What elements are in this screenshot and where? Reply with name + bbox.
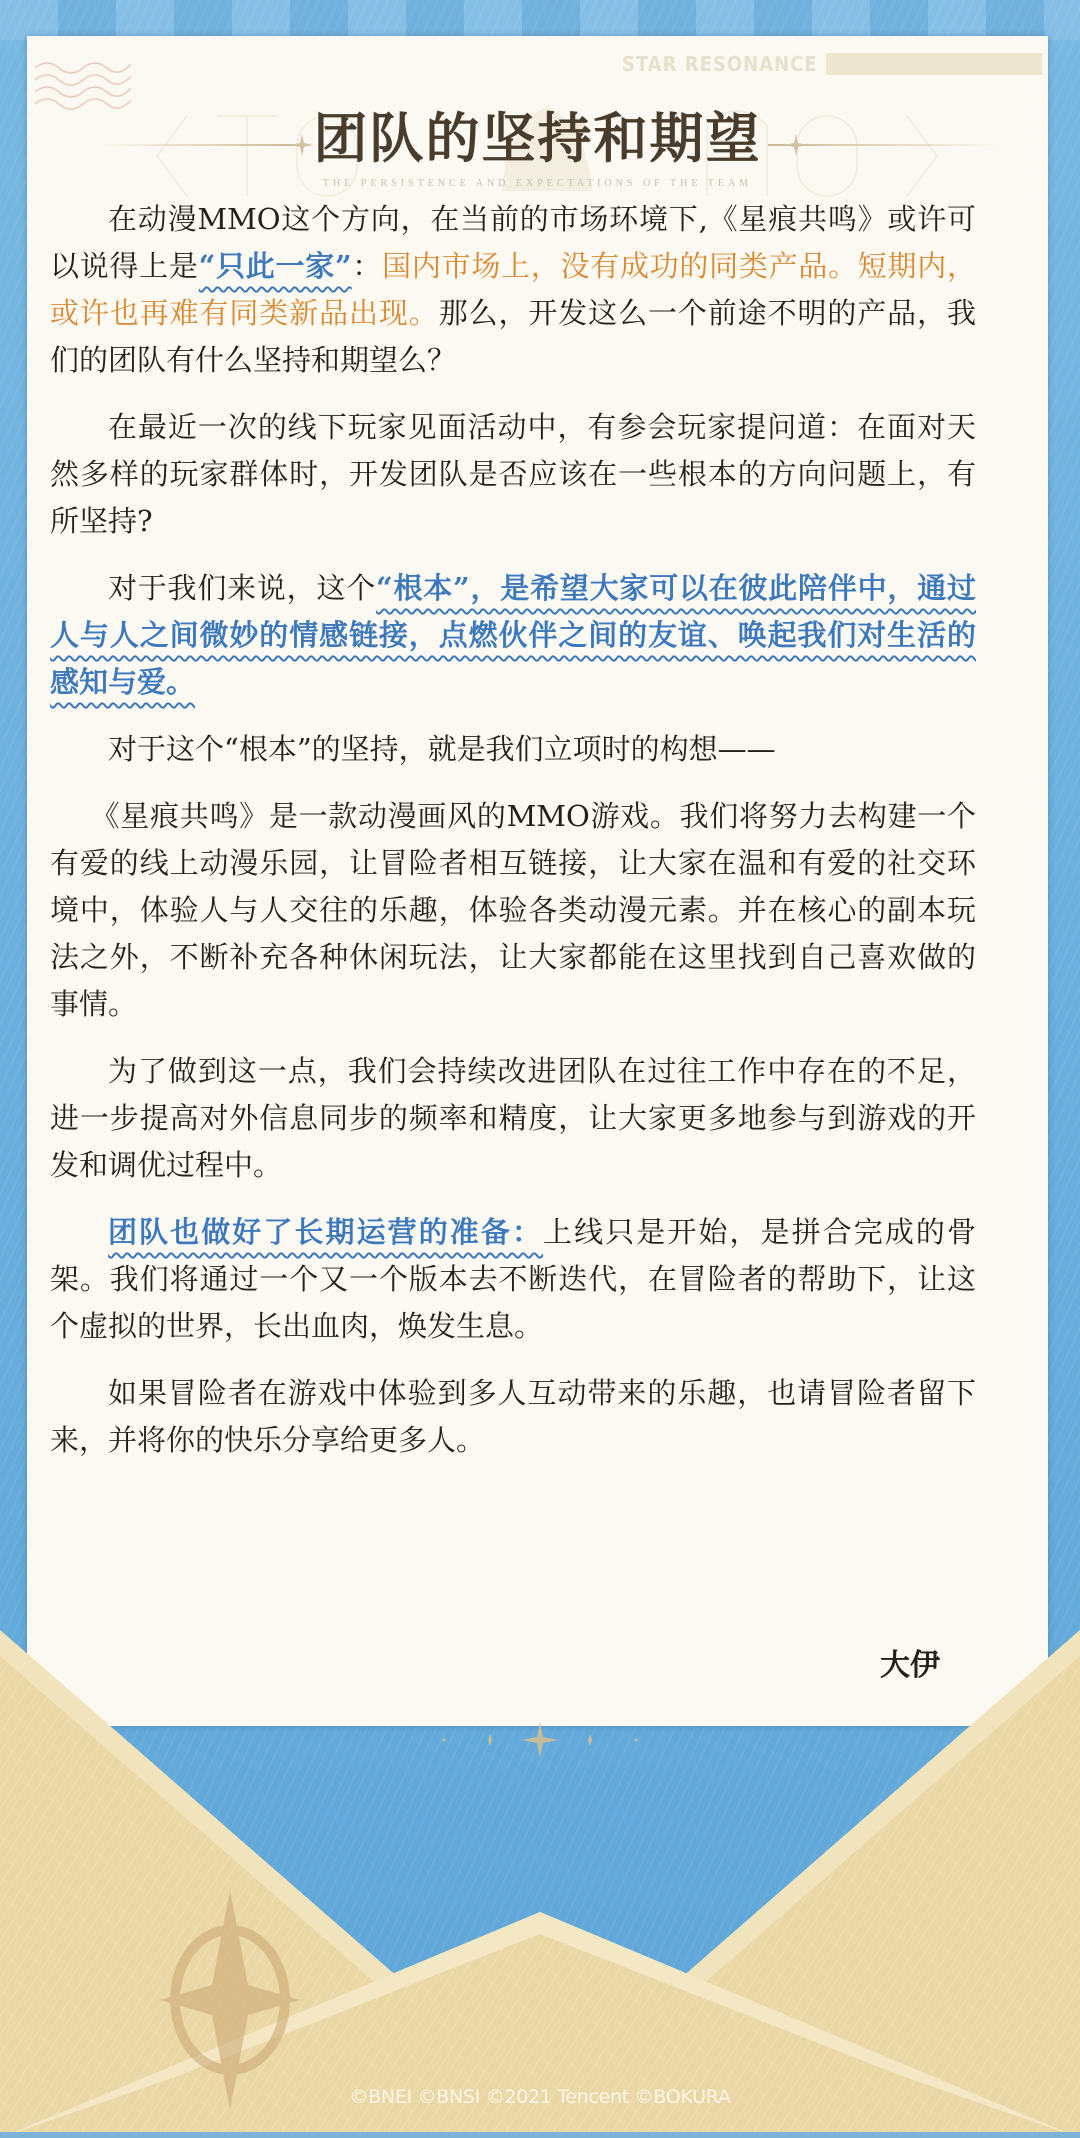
letter-body: 在动漫MMO这个方向，在当前的市场环境下,《星痕共鸣》或许可以说得上是“只此一家…: [50, 196, 976, 1484]
copyright-text: ©BNEI ©BNSI ©2021 Tencent ©BOKURA: [0, 2086, 1080, 2108]
background-diamond-row: [0, 0, 1080, 40]
page-subtitle: THE PERSISTENCE AND EXPECTATIONS OF THE …: [27, 178, 1048, 189]
text-segment: 如果冒险者在游戏中体验到多人互动带来的乐趣，也请冒险者留下来，并将你的快乐分享给…: [50, 1376, 976, 1457]
paragraph-4: 对于这个“根本”的坚持，就是我们立项时的构想——: [50, 726, 976, 773]
paragraph-6: 为了做到这一点，我们会持续改进团队在过往工作中存在的不足，进一步提高对外信息同步…: [50, 1048, 976, 1189]
paragraph-5: 《星痕共鸣》是一款动漫画风的MMO游戏。我们将努力去构建一个有爱的线上动漫乐园，…: [50, 793, 976, 1028]
text-segment: 对于我们来说，这个: [108, 571, 376, 605]
brand-bar: [826, 53, 1042, 75]
paragraph-1: 在动漫MMO这个方向，在当前的市场环境下,《星痕共鸣》或许可以说得上是“只此一家…: [50, 196, 976, 384]
title-block: 团队的坚持和期望 THE PERSISTENCE AND EXPECTATION…: [27, 106, 1048, 189]
text-segment: 在最近一次的线下玩家见面活动中，有参会玩家提问道：在面对天然多样的玩家群体时，开…: [50, 410, 976, 538]
text-segment: 为了做到这一点，我们会持续改进团队在过往工作中存在的不足，进一步提高对外信息同步…: [50, 1054, 976, 1182]
paragraph-2: 在最近一次的线下玩家见面活动中，有参会玩家提问道：在面对天然多样的玩家群体时，开…: [50, 404, 976, 545]
sparkle-row-icon: [430, 1718, 650, 1762]
paragraph-7: 团队也做好了长期运营的准备：上线只是开始，是拼合完成的骨架。我们将通过一个又一个…: [50, 1209, 976, 1350]
highlight-blue-wavy: “只此一家”: [199, 249, 352, 283]
text-segment: 《星痕共鸣》是一款动漫画风的MMO游戏。我们将努力去构建一个有爱的线上动漫乐园，…: [50, 799, 976, 1021]
page-title: 团队的坚持和期望: [27, 106, 1048, 170]
text-segment: 对于这个“根本”的坚持，就是我们立项时的构想——: [108, 732, 776, 766]
brand-strip: STAR RESONANCE: [622, 50, 1042, 78]
paragraph-8: 如果冒险者在游戏中体验到多人互动带来的乐趣，也请冒险者留下来，并将你的快乐分享给…: [50, 1370, 976, 1464]
highlight-blue-wavy: 团队也做好了长期运营的准备：: [108, 1215, 543, 1249]
brand-text: STAR RESONANCE: [622, 52, 818, 76]
text-segment: ：: [352, 249, 382, 283]
paragraph-3: 对于我们来说，这个“根本”，是希望大家可以在彼此陪伴中，通过人与人之间微妙的情感…: [50, 565, 976, 706]
envelope-flaps: [0, 1620, 1080, 2138]
